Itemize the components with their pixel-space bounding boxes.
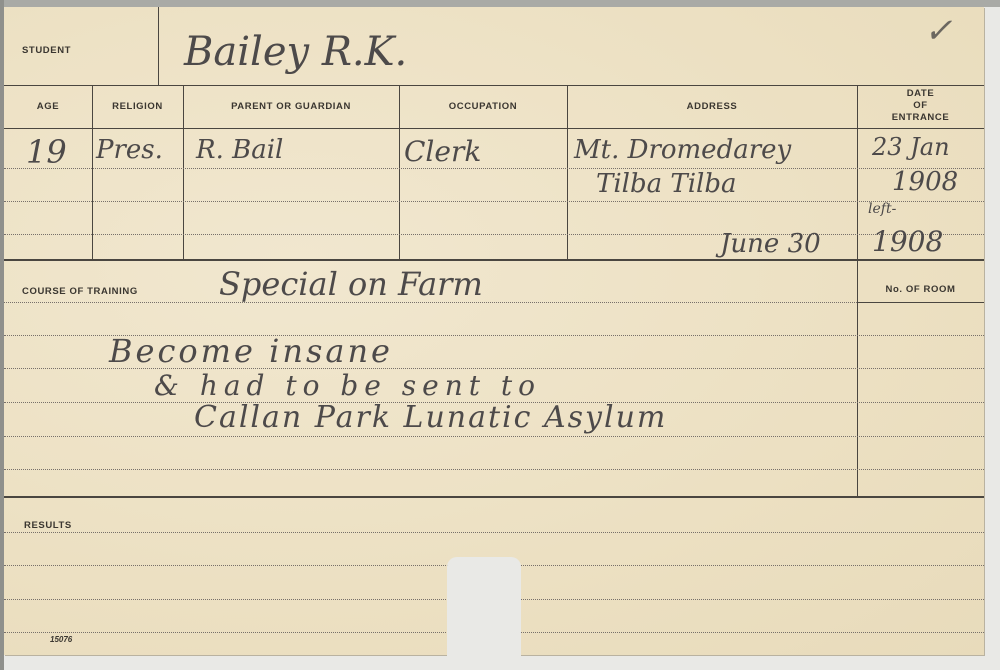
training-rule-6 [4,469,984,470]
date-header-line1: DATE [857,88,984,100]
form-number: 15076 [50,635,72,644]
date-header-line2: OF [857,100,984,112]
entry-date-line3: left- [868,201,896,217]
entry-age: 19 [26,133,67,171]
col-header-address: ADDRESS [567,101,857,112]
entry-rule-1 [4,168,984,169]
col-header-parent: PARENT OR GUARDIAN [183,101,399,112]
entry-address-line2: Tilba Tilba [596,169,737,199]
training-rule-5 [4,436,984,437]
table-top-border [4,85,984,86]
entry-date-line4: 1908 [872,225,943,258]
col-header-age: AGE [4,101,92,112]
student-box-divider [158,7,159,85]
results-label: RESULTS [24,520,72,531]
entry-rule-2 [4,201,984,202]
training-bottom-border [4,496,984,498]
entry-date-line2: 1908 [892,167,958,197]
training-line1: Special on Farm [219,265,483,303]
entry-religion: Pres. [96,135,163,165]
entry-address-line3: June 30 [720,229,821,259]
col-header-date: DATE OF ENTRANCE [857,88,984,124]
col-header-religion: RELIGION [92,101,183,112]
header-row-border [4,128,984,129]
entry-occupation: Clerk [404,135,481,168]
entry-date-line1: 23 Jan [872,133,950,161]
training-line2: Become insane [109,332,393,370]
col-header-occupation: OCCUPATION [399,101,567,112]
training-line3: & had to be sent to [154,369,541,402]
training-line4: Callan Park Lunatic Asylum [194,400,667,435]
scan-top-edge [0,0,1000,7]
check-mark: ✓ [924,11,953,51]
student-name: Bailey R.K. [184,29,407,75]
entry-rule-3 [4,234,984,235]
course-of-training-label: COURSE OF TRAINING [22,286,138,297]
student-label: STUDENT [22,45,71,56]
results-rule-1 [4,532,984,533]
table-bottom-border [4,259,984,261]
card-file-notch [447,557,521,657]
entry-parent: R. Bail [196,135,283,165]
no-of-room-label: No. OF ROOM [857,284,984,295]
entry-address-line1: Mt. Dromedarey [574,135,791,165]
date-header-line3: ENTRANCE [857,112,984,124]
room-label-underline [857,302,984,303]
